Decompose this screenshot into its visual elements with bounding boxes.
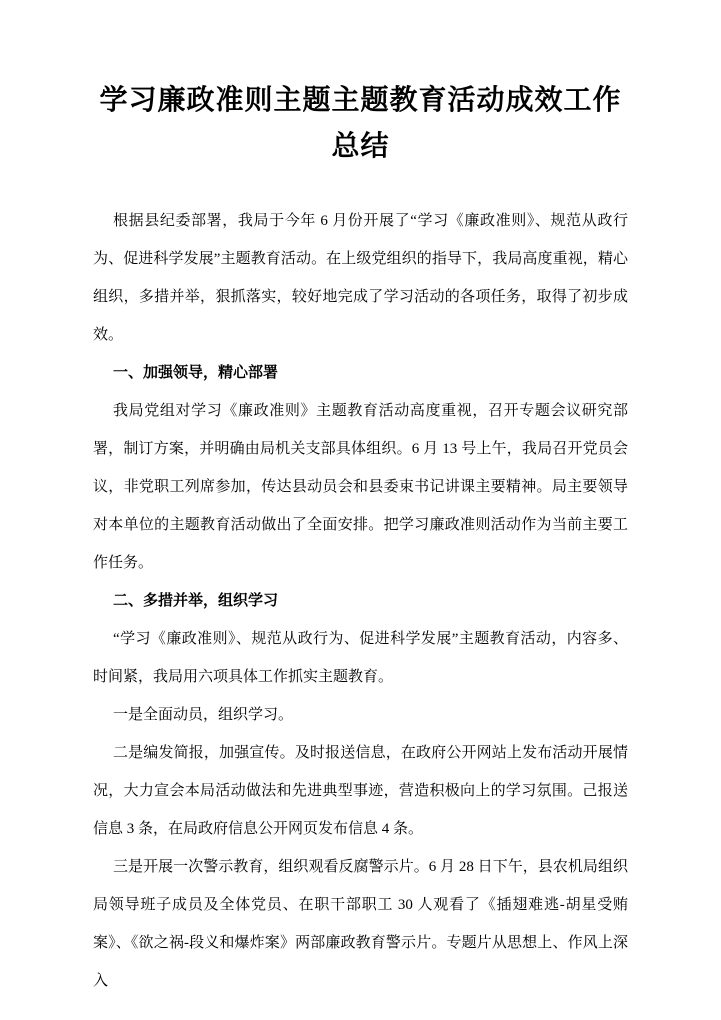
section-heading: 一、加强领导，精心部署	[93, 354, 628, 392]
document-body: 根据县纪委部署，我局于今年 6 月份开展了“学习《廉政准则》、规范从政行为、促进…	[93, 202, 628, 1000]
paragraph: 一是全面动员，组织学习。	[93, 696, 628, 734]
paragraph: 我局党组对学习《廉政准则》主题教育活动高度重视，召开专题会议研究部署，制订方案，…	[93, 392, 628, 582]
paragraph: 三是开展一次警示教育，组织观看反腐警示片。6 月 28 日下午，县农机局组织局领…	[93, 848, 628, 1000]
document-title: 学习廉政准则主题主题教育活动成效工作总结	[93, 78, 628, 170]
section-heading: 二、多措并举，组织学习	[93, 582, 628, 620]
paragraph: 根据县纪委部署，我局于今年 6 月份开展了“学习《廉政准则》、规范从政行为、促进…	[93, 202, 628, 354]
document-page: 学习廉政准则主题主题教育活动成效工作总结 根据县纪委部署，我局于今年 6 月份开…	[0, 0, 721, 1020]
paragraph: 二是编发简报，加强宣传。及时报送信息，在政府公开网站上发布活动开展情况，大力宣会…	[93, 734, 628, 848]
paragraph: “学习《廉政准则》、规范从政行为、促进科学发展”主题教育活动，内容多、时间紧，我…	[93, 620, 628, 696]
